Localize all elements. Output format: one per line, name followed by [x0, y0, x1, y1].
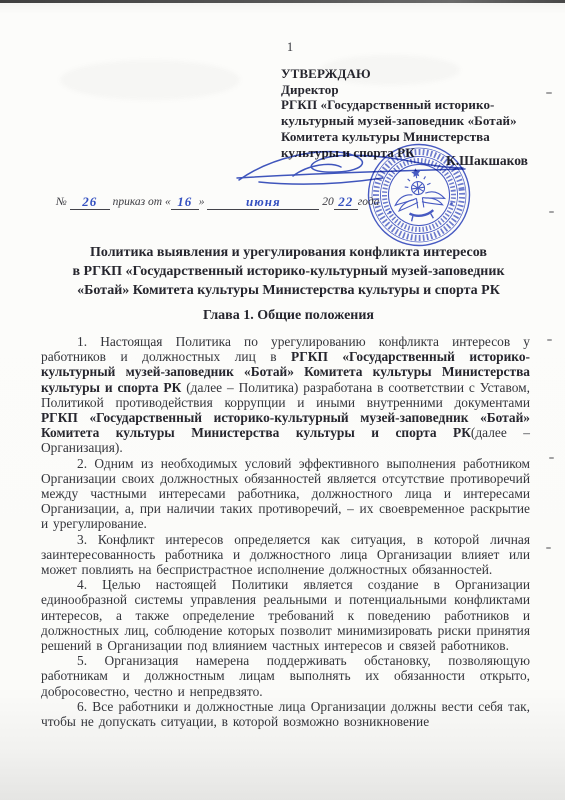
document-title-line: Политика выявления и урегулирования конф… [40, 243, 537, 262]
approval-org-line: культурный музей-заповедник «Ботай» [281, 113, 551, 129]
document-title: Политика выявления и урегулирования конф… [40, 243, 537, 300]
paragraph-2: 2. Одним из необходимых условий эффектив… [41, 456, 530, 532]
order-day-handwritten: 16 [177, 194, 192, 209]
paragraph-4: 4. Целью настоящей Политики является соз… [41, 577, 530, 653]
document-title-line: в РГКП «Государственный историко-культур… [40, 262, 537, 281]
order-quote-close: » [199, 196, 205, 208]
document-body: 1. Настоящая Политика по урегулированию … [41, 334, 530, 729]
scanned-document-page: 1 УТВЕРЖДАЮ Директор РГКП «Государственн… [0, 0, 565, 800]
order-line: № 26 приказ от «16» июня 2022года [56, 194, 379, 210]
order-year-prefix: 20 [322, 196, 334, 208]
order-text: приказ от « [113, 196, 171, 208]
document-title-line: «Ботай» Комитета культуры Министерства к… [40, 281, 537, 300]
scan-artifact [549, 211, 554, 213]
order-month-blank: июня [207, 194, 319, 210]
paragraph-5: 5. Организация намерена поддерживать обс… [41, 653, 530, 699]
order-day-blank: 16 [171, 194, 199, 210]
order-month-handwritten: июня [246, 194, 281, 209]
order-no-label: № [56, 196, 67, 208]
order-year-handwritten: 22 [338, 194, 353, 209]
order-no-handwritten: 26 [82, 194, 97, 209]
order-no-blank: 26 [70, 194, 110, 210]
approval-title: УТВЕРЖДАЮ [281, 66, 551, 82]
approval-org-line: РГКП «Государственный историко- [281, 97, 551, 113]
paragraph-6: 6. Все работники и должностные лица Орга… [41, 699, 530, 729]
page-number: 1 [270, 40, 310, 55]
paragraph-1: 1. Настоящая Политика по урегулированию … [41, 334, 530, 456]
scan-artifact [549, 457, 554, 459]
paragraph-3: 3. Конфликт интересов определяется как с… [41, 532, 530, 578]
scan-artifact [60, 60, 240, 100]
chapter-heading: Глава 1. Общие положения [40, 308, 537, 324]
approval-role: Директор [281, 82, 551, 98]
scan-artifact [546, 547, 551, 549]
scan-artifact [547, 339, 552, 341]
order-year-suffix: года [358, 196, 380, 208]
order-year-blank: 22 [334, 194, 358, 210]
scan-artifact [0, 0, 565, 3]
